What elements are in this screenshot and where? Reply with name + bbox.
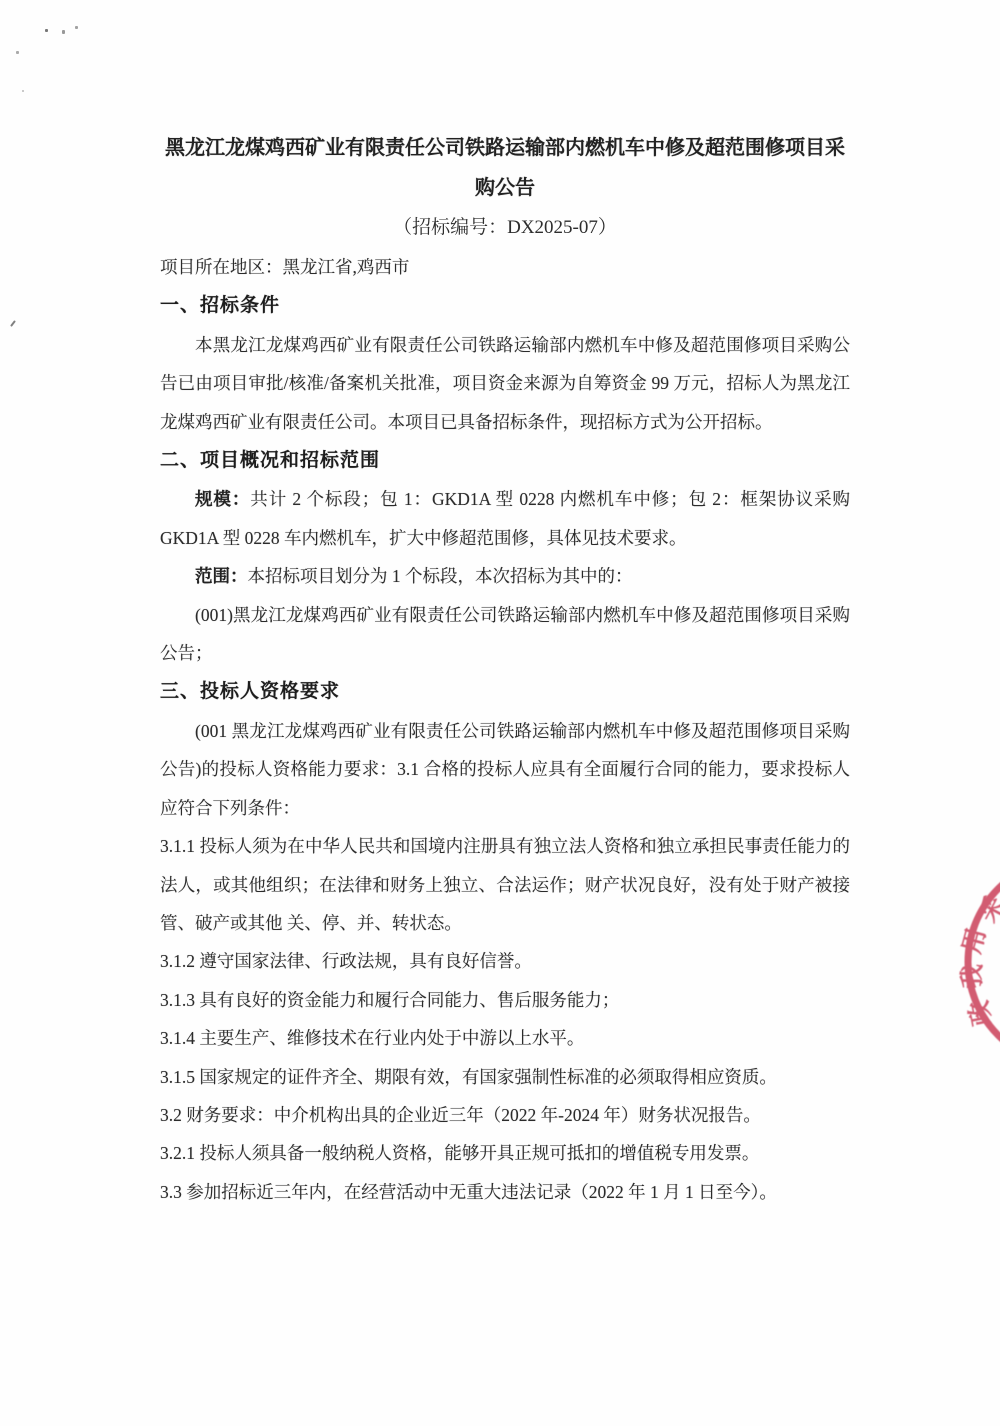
qualification-item-3-2: 3.2 财务要求：中介机构出具的企业近三年（2022 年-2024 年）财务状况… (160, 1096, 850, 1134)
qualification-intro: (001 黑龙江龙煤鸡西矿业有限责任公司铁路运输部内燃机车中修及超范围修项目采购… (160, 712, 850, 827)
scan-speck (75, 26, 78, 29)
scan-speck (62, 30, 65, 34)
tender-number: （招标编号：DX2025-07） (160, 208, 850, 248)
section1-body: 本黑龙江龙煤鸡西矿业有限责任公司铁路运输部内燃机车中修及超范围修项目采购公告已由… (160, 326, 850, 441)
qualification-item-3-2-1: 3.2.1 投标人须具备一般纳税人资格，能够开具正规可抵扣的增值税专用发票。 (160, 1134, 850, 1172)
qualification-item-3-3: 3.3 参加招标近三年内，在经营活动中无重大违法记录（2022 年 1 月 1 … (160, 1173, 850, 1211)
scale-label: 规模： (195, 489, 250, 509)
qualification-item-3-1-4: 3.1.4 主要生产、维修技术在行业内处于中游以上水平。 (160, 1019, 850, 1057)
scan-speck (16, 51, 19, 54)
scale-paragraph: 规模：共计 2 个标段；包 1：GKD1A 型 0228 内燃机车中修；包 2：… (160, 480, 850, 557)
seal-circle-border (968, 858, 1000, 1066)
seal-character: 采 (974, 892, 1000, 927)
seal-character: 我 (958, 963, 987, 989)
section-heading-3: 三、投标人资格要求 (160, 673, 850, 711)
document-content: 黑龙江龙煤鸡西矿业有限责任公司铁路运输部内燃机车中修及超范围修项目采购公告 （招… (160, 128, 850, 1211)
scope-label: 范围： (195, 566, 248, 586)
scope-paragraph: 范围：本招标项目划分为 1 个标段，本次招标为其中的： (160, 557, 850, 595)
project-location-line: 项目所在地区：黑龙江省,鸡西市 (160, 248, 850, 286)
section-heading-1: 一、招标条件 (160, 287, 850, 325)
scale-text: 共计 2 个标段；包 1：GKD1A 型 0228 内燃机车中修；包 2：框架协… (160, 489, 850, 547)
seal-character: 政 (965, 998, 997, 1028)
qualification-item-3-1-1: 3.1.1 投标人须为在中华人民共和国境内注册具有独立法人资格和独立承担民事责任… (160, 827, 850, 942)
scan-speck (10, 320, 16, 327)
red-seal-stamp: 采 用 我 政 (955, 842, 1000, 1092)
qualification-item-3-1-5: 3.1.5 国家规定的证件齐全、期限有效，有国家强制性标准的必须取得相应资质。 (160, 1058, 850, 1096)
qualification-item-3-1-2: 3.1.2 遵守国家法律、行政法规，具有良好信誉。 (160, 942, 850, 980)
section-heading-2: 二、项目概况和招标范围 (160, 442, 850, 480)
scanned-document-page: 黑龙江龙煤鸡西矿业有限责任公司铁路运输部内燃机车中修及超范围修项目采购公告 （招… (0, 0, 1000, 1426)
seal-character: 用 (958, 925, 992, 956)
package-line: (001)黑龙江龙煤鸡西矿业有限责任公司铁路运输部内燃机车中修及超范围修项目采购… (160, 596, 850, 673)
scan-speck (45, 29, 48, 32)
scope-text: 本招标项目划分为 1 个标段，本次招标为其中的： (248, 566, 633, 586)
document-title: 黑龙江龙煤鸡西矿业有限责任公司铁路运输部内燃机车中修及超范围修项目采购公告 (160, 128, 850, 208)
scan-speck (22, 90, 24, 92)
qualification-item-3-1-3: 3.1.3 具有良好的资金能力和履行合同能力、售后服务能力； (160, 981, 850, 1019)
